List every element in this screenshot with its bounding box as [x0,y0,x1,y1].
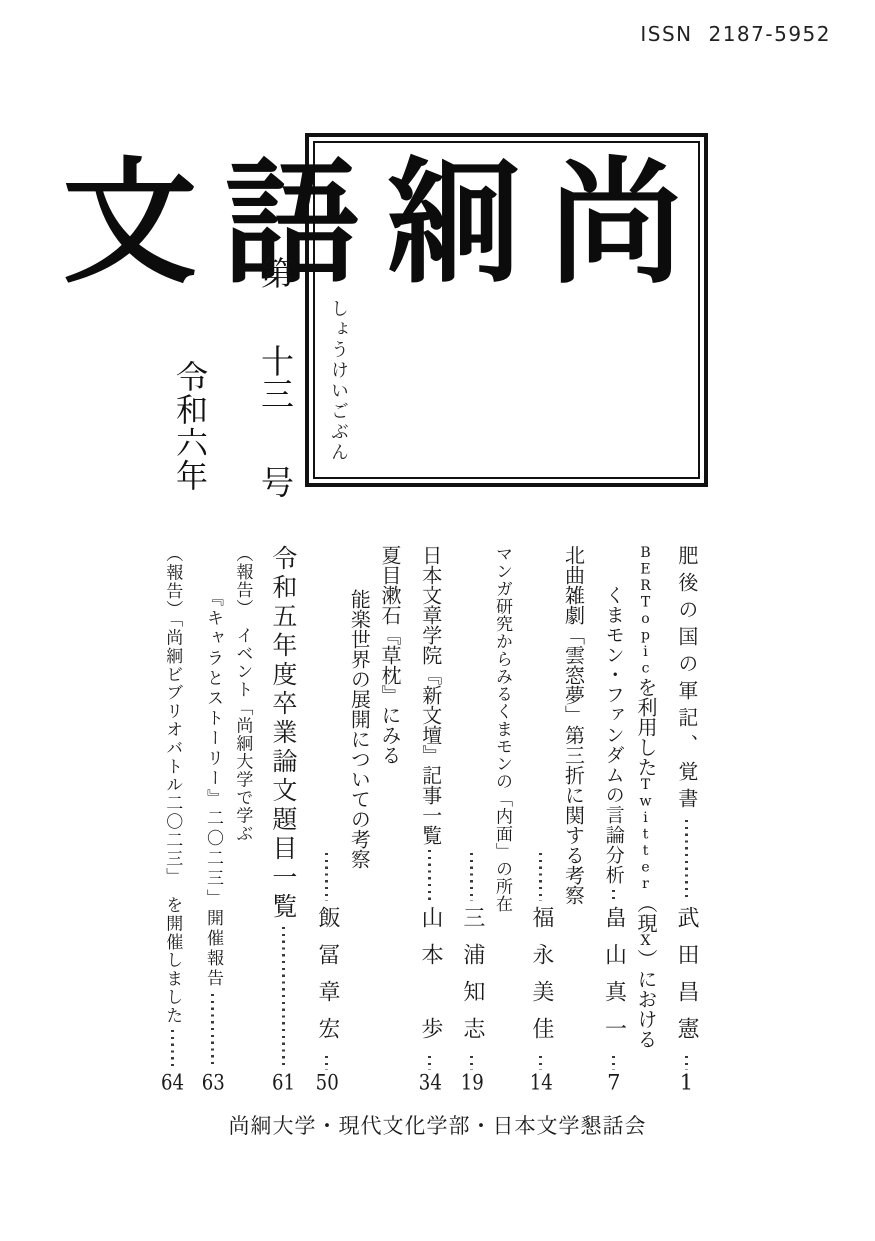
masthead-inner-border: 尚絅 語文 しょうけいごぶん [313,141,700,479]
journal-cover-page: ISSN 2187-5952 尚絅 語文 しょうけいごぶん 第 十三 号 令和六… [0,0,875,1241]
publisher-footer: 尚絅大学・現代文化学部・日本文学懇話会 [0,1110,875,1140]
toc-leader-dots [325,853,328,901]
toc-title-segment: （現 [633,893,657,933]
toc-author: 飯冨章宏 [314,906,340,1054]
toc-title-line: 令和五年度卒業論文題目一覧61 [268,545,298,1093]
toc-title-latin-segment: BERTopic [637,545,654,677]
toc-minidots [325,1056,328,1070]
toc-minidots [612,1056,615,1070]
toc-title-segment: 肥後の国の軍記、覚書 [674,545,698,815]
toc-author-line: 三浦知志19 [459,545,485,1093]
toc-title-line: くまモン・ファンダムの言論分析畠山真一7 [601,545,627,1093]
toc-page-number: 61 [271,1072,296,1093]
toc-leader-dots [171,1030,174,1067]
toc-title-line: 肥後の国の軍記、覚書武田昌憲1 [673,545,699,1093]
toc-title-segment: （報告）「尚絅ビブリオバトル二〇二三」 を開催しました [162,545,182,1025]
toc-leader-dots [211,994,214,1067]
toc-title-line: 夏目漱石『草枕』にみる [377,545,401,1093]
toc-entry-2: BERTopicを利用したTwitter（現X）におけるくまモン・ファンダムの言… [601,545,658,1093]
toc-author: 武田昌憲 [673,906,699,1054]
toc-page-number: 63 [201,1072,226,1093]
masthead-furigana: しょうけいごぶん [325,299,351,463]
toc-leader-dots [282,927,285,1067]
toc-leader-dots [428,850,431,901]
toc-title-line: BERTopicを利用したTwitter（現X）における [633,545,657,1093]
toc-author: 畠山真一 [601,906,627,1054]
calligraphy-line-1: 尚絅 [362,151,686,477]
toc-entry-1: 肥後の国の軍記、覚書武田昌憲1 [673,545,699,1093]
toc-entry-5: 日本文章学院『新文壇』記事一覧山本 歩34 [417,545,443,1093]
toc-title-segment: 『キャラとストーリー』二〇二三」開催報告 [203,589,223,989]
toc-author-line: 福永美佳14 [528,545,554,1093]
toc-page-number: 64 [160,1072,185,1093]
toc-page-number: 50 [314,1072,339,1093]
toc-leader-dots [539,853,542,901]
toc-title-line: （報告） イベント「尚絅大学で学ぶ [232,545,252,1093]
issue-number-value: 十三 [252,344,299,410]
toc-page-number: 19 [460,1072,485,1093]
toc-minidots [685,1056,688,1070]
toc: 肥後の国の軍記、覚書武田昌憲1BERTopicを利用したTwitter（現X）に… [160,545,699,1093]
issue-number-prefix: 第 [252,256,299,289]
toc-title-line: 『キャラとストーリー』二〇二三」開催報告63 [201,545,226,1093]
issn-label: ISSN 2187-5952 [640,22,831,46]
toc-title-segment: 能楽世界の展開についての考察 [347,589,371,869]
toc-title-segment: ）における [633,949,657,1049]
toc-title-segment: 夏目漱石『草枕』にみる [377,545,401,765]
masthead-calligraphy: 尚絅 語文 [38,151,686,477]
toc-entry-3: 北曲雑劇「雲窓夢」第三折に関する考察福永美佳14 [528,545,585,1093]
toc-author: 三浦知志 [459,906,485,1054]
era-year: 令和六年 [167,360,213,492]
toc-title-segment: くまモン・ファンダムの言論分析 [602,585,624,885]
toc-author: 山本 歩 [417,906,443,1054]
toc-title-line: 能楽世界の展開についての考察 [347,545,371,1093]
toc-title-line: 日本文章学院『新文壇』記事一覧山本 歩34 [417,545,443,1093]
toc-title-segment: 北曲雑劇「雲窓夢」第三折に関する考察 [561,545,585,905]
toc-minidots [428,1056,431,1070]
issue-number: 第 十三 号 [252,256,299,498]
toc-title-latin-segment: Twitter [637,777,654,893]
toc-entry-7: 令和五年度卒業論文題目一覧61 [268,545,298,1093]
toc-title-segment: 令和五年度卒業論文題目一覧 [268,545,298,922]
toc-page-number: 7 [601,1072,626,1093]
toc-author-line: 飯冨章宏50 [314,545,340,1093]
toc-minidots [470,1056,473,1070]
toc-title-line: （報告）「尚絅ビブリオバトル二〇二三」 を開催しました64 [160,545,185,1093]
toc-entry-6: 夏目漱石『草枕』にみる能楽世界の展開についての考察飯冨章宏50 [314,545,401,1093]
toc-entry-4: マンガ研究からみるくまモンの「内面」の所在三浦知志19 [459,545,512,1093]
toc-title-segment: マンガ研究からみるくまモンの「内面」の所在 [492,545,512,913]
issue-number-suffix: 号 [252,465,299,498]
toc-leader-dots [685,820,688,901]
toc-page-number: 1 [674,1072,699,1093]
toc-title-line: 北曲雑劇「雲窓夢」第三折に関する考察 [561,545,585,1093]
toc-title-segment: を利用した [633,677,657,777]
toc-title-line: マンガ研究からみるくまモンの「内面」の所在 [492,545,512,1093]
toc-entry-8: （報告） イベント「尚絅大学で学ぶ『キャラとストーリー』二〇二三」開催報告63 [201,545,253,1093]
toc-entry-9: （報告）「尚絅ビブリオバトル二〇二三」 を開催しました64 [160,545,185,1093]
toc-page-number: 14 [529,1072,554,1093]
masthead-box: 尚絅 語文 しょうけいごぶん [305,133,708,487]
toc-title-segment: 日本文章学院『新文壇』記事一覧 [418,545,442,845]
toc-title-segment: （報告） イベント「尚絅大学で学ぶ [232,545,252,843]
toc-minidots [539,1056,542,1070]
toc-title-latin-segment: X [637,933,654,950]
toc-leader-dots [612,890,615,901]
toc-leader-dots [470,853,473,901]
toc-author: 福永美佳 [528,906,554,1054]
toc-page-number: 34 [418,1072,443,1093]
